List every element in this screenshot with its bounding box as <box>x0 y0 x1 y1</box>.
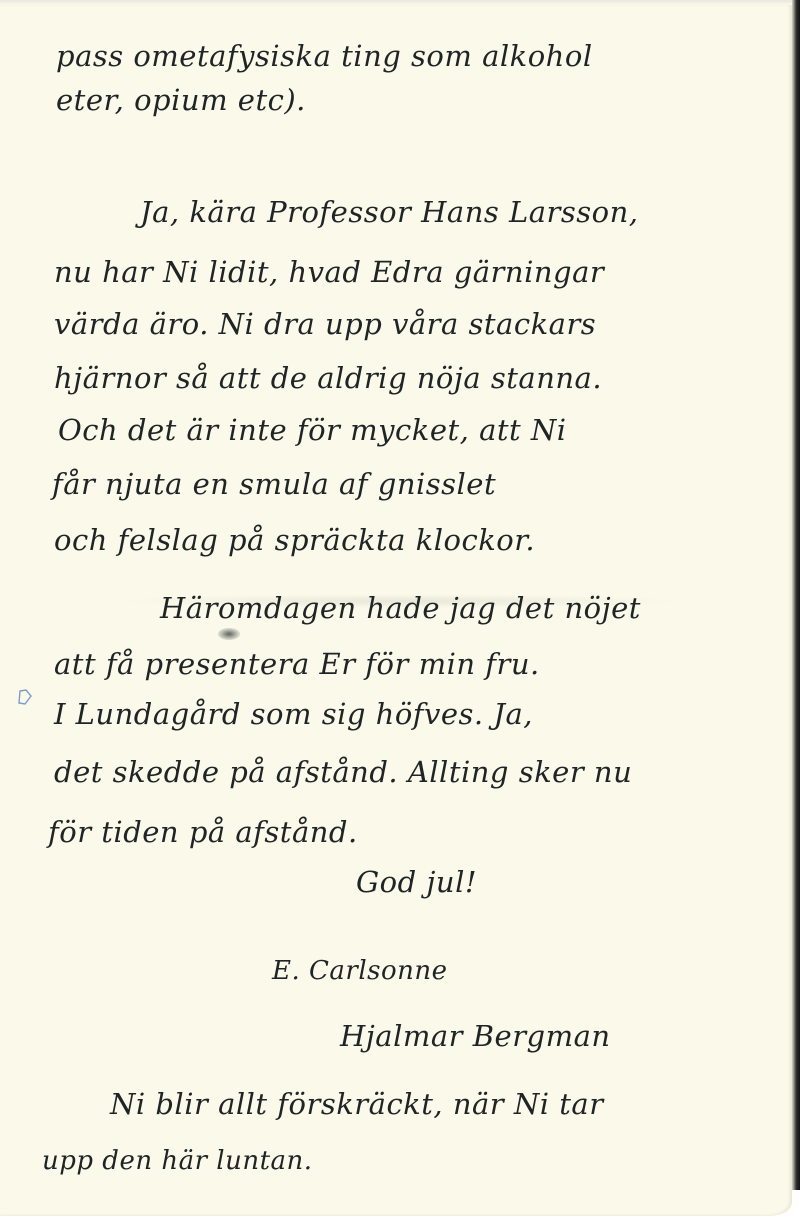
letter-line: Och det är inte för mycket, att Ni <box>58 416 567 445</box>
scan-right-border <box>792 0 800 1190</box>
letter-line: eter, opium etc). <box>56 86 306 115</box>
postscript-line: upp den här luntan. <box>42 1148 313 1174</box>
letter-line: Ja, kära Professor Hans Larsson, <box>140 198 639 227</box>
closing-greeting: God jul! <box>356 868 477 897</box>
ink-smudge <box>218 628 240 640</box>
paper-top-edge <box>0 0 792 5</box>
letter-line: för tiden på afstånd. <box>48 818 358 847</box>
letter-line: det skedde på afstånd. Allting sker nu <box>54 758 632 787</box>
postscript-line: Ni blir allt förskräckt, när Ni tar <box>110 1090 604 1119</box>
letter-line: att få presentera Er för min fru. <box>54 650 540 679</box>
scanned-letter-page: pass ometafysiska ting som alkohol eter,… <box>0 0 800 1226</box>
signature-hjalmar-bergman: Hjalmar Bergman <box>340 1022 611 1051</box>
letter-line: Häromdagen hade jag det nöjet <box>160 594 641 623</box>
signature-e-carlsonne: E. Carlsonne <box>272 958 448 984</box>
letter-line: hjärnor så att de aldrig nöja stanna. <box>54 364 602 393</box>
letter-line: I Lundagård som sig höfves. Ja, <box>54 700 533 729</box>
letter-line: och felslag på spräckta klockor. <box>54 526 535 555</box>
letter-line: pass ometafysiska ting som alkohol <box>56 42 593 71</box>
letter-line: värda äro. Ni dra upp våra stackars <box>54 310 596 339</box>
letter-line: får njuta en smula af gnisslet <box>52 470 496 499</box>
blue-margin-mark-icon <box>17 689 33 706</box>
letter-line: nu har Ni lidit, hvad Edra gärningar <box>54 258 604 287</box>
